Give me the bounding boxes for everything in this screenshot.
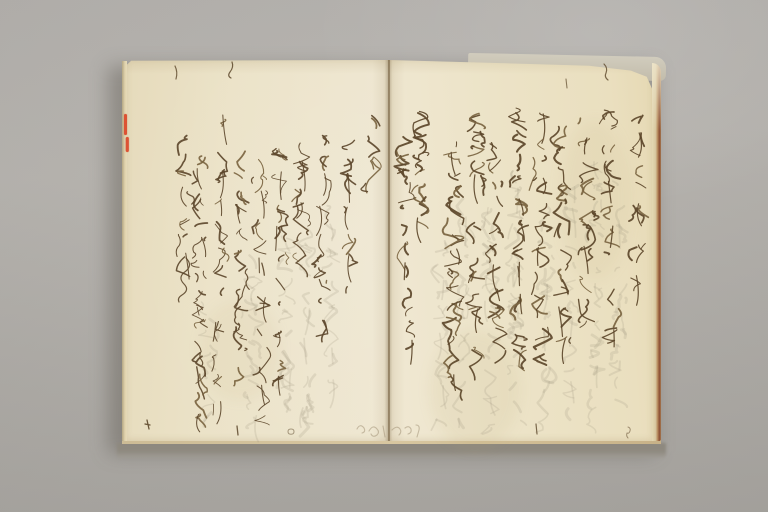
paper-aging-blotch [430,330,520,450]
center-gutter-line [388,60,390,441]
bottom-shadow-band [117,443,666,458]
red-repair-mark [124,114,127,135]
red-repair-mark [126,137,129,152]
photo-backdrop [0,0,768,512]
paper-aging-blotch [200,300,280,400]
paper-aging-blotch [560,120,630,280]
fore-edge [652,63,661,441]
